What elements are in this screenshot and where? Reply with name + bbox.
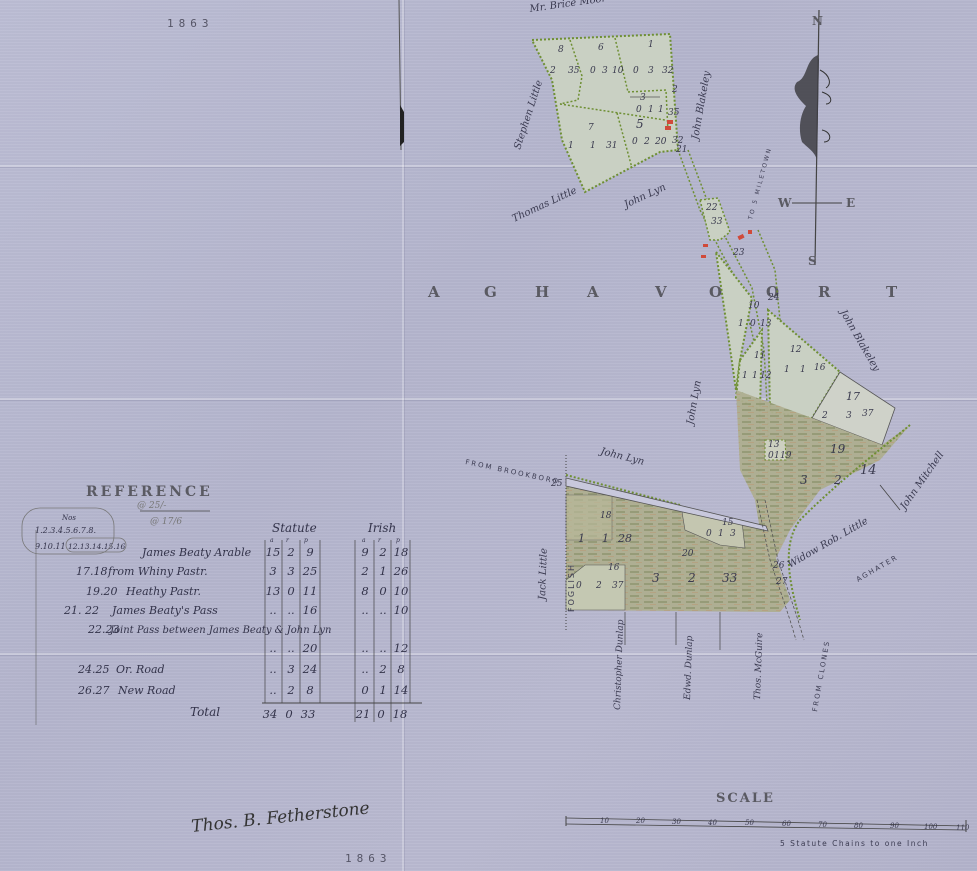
svg-text:G: G [484,283,497,301]
year-top: 1863 [167,17,214,30]
svg-text:@ 25/-: @ 25/- [137,501,166,511]
svg-text:13: 13 [760,319,772,329]
svg-text:14: 14 [860,463,877,478]
svg-text:14: 14 [394,683,409,697]
svg-text:22: 22 [705,203,718,213]
compass-rose: N S E W [777,10,855,268]
svg-text:27: 27 [775,577,788,587]
svg-text:0: 0 [377,707,384,721]
svg-text:3: 3 [287,564,294,578]
svg-text:2: 2 [378,662,386,676]
svg-text:..: .. [361,662,368,676]
svg-text:Nos: Nos [61,514,76,522]
svg-text:37: 37 [862,409,874,419]
svg-text:1: 1 [784,365,790,375]
svg-text:3: 3 [648,66,654,76]
svg-text:1: 1 [774,451,780,461]
svg-text:18: 18 [393,707,408,721]
svg-text:2: 2 [687,571,696,585]
svg-text:a: a [270,537,274,544]
svg-text:p: p [396,537,400,544]
svg-text:5 Statute Chains to one Inch: 5 Statute Chains to one Inch [780,839,929,848]
svg-text:3: 3 [602,66,608,76]
svg-text:3: 3 [269,564,276,578]
svg-text:SCALE: SCALE [716,791,775,806]
svg-text:3: 3 [640,93,646,103]
svg-text:24: 24 [767,293,780,303]
north-arrow-fleur [795,55,819,160]
svg-text:13: 13 [768,440,780,450]
table-row: 17.18 from Whiny Pastr. 3 3 25 2 1 26 [76,564,408,578]
svg-text:33: 33 [711,217,723,227]
svg-text:John Blakeley: John Blakeley [690,70,713,143]
svg-text:35: 35 [668,108,680,118]
svg-text:John Lyn: John Lyn [685,380,704,428]
svg-text:10: 10 [748,301,760,311]
svg-text:..: .. [361,603,368,617]
surveyor-signature: Thos. B. Fetherstone [190,798,370,837]
svg-text:40: 40 [707,819,717,827]
table-total-row: Total 34 0 33 21 0 18 [190,705,407,721]
svg-text:1.2.3.4.5.6.7.8.: 1.2.3.4.5.6.7.8. [35,526,96,535]
svg-text:John Mitchell: John Mitchell [897,450,946,514]
svg-text:3: 3 [800,473,808,487]
svg-text:24.25: 24.25 [77,663,110,676]
svg-text:8: 8 [306,683,313,697]
svg-text:10: 10 [394,603,409,617]
table-row: 26.27 New Road .. 2 8 0 1 14 [77,683,408,697]
svg-text:110: 110 [956,824,970,832]
reference-table: REFERENCE @ 25/- @ 17/6 Nos 1.2.3.4.5.6.… [22,484,422,725]
svg-text:20: 20 [654,137,667,147]
svg-text:12: 12 [790,345,802,355]
svg-text:Mr. Brice Moor: Mr. Brice Moor [528,0,608,15]
svg-text:0: 0 [287,584,294,598]
svg-text:1: 1 [752,371,758,381]
compass-west: W [777,196,792,210]
compass-south: S [808,254,817,268]
estate-map-sheet: 1863 1863 A G H A V O O R T N S E W [0,0,977,871]
svg-text:80: 80 [854,822,863,830]
svg-text:1: 1 [742,371,748,381]
svg-text:10: 10 [394,584,409,598]
svg-text:1: 1 [578,532,585,545]
svg-text:1: 1 [602,532,609,545]
svg-text:0: 0 [706,529,712,539]
svg-text:p: p [304,537,308,544]
svg-text:..: .. [379,641,386,655]
svg-text:New Road: New Road [117,684,176,697]
svg-text:Joint Pass between James Beaty: Joint Pass between James Beaty & John Ly… [108,625,331,636]
townland-title: A G H A V O O R T [427,283,898,301]
svg-text:3: 3 [846,411,852,421]
svg-text:..: .. [269,683,276,697]
svg-text:R: R [818,283,831,301]
svg-text:37: 37 [612,581,624,591]
svg-text:0: 0 [576,581,582,591]
svg-text:1: 1 [800,365,806,375]
svg-text:3: 3 [287,662,294,676]
svg-text:19: 19 [780,451,792,461]
svg-text:9.10.11: 9.10.11 [35,542,66,551]
svg-text:60: 60 [782,820,791,828]
svg-text:Statute: Statute [272,521,317,535]
svg-text:James Beaty Arable: James Beaty Arable [140,546,252,559]
svg-text:Or. Road: Or. Road [116,663,165,676]
svg-text:..: .. [379,603,386,617]
svg-text:35: 35 [568,66,580,76]
svg-text:Edwd. Dunlap: Edwd. Dunlap [683,635,695,701]
svg-text:16: 16 [608,563,620,573]
svg-text:T: T [886,283,898,301]
svg-text:1: 1 [379,683,386,697]
svg-text:a: a [362,537,366,544]
svg-text:8: 8 [361,584,368,598]
svg-text:Thos. McGuire: Thos. McGuire [753,632,765,700]
svg-text:26: 26 [772,561,785,571]
svg-text:2: 2 [549,66,556,76]
svg-text:9: 9 [306,545,313,559]
svg-text:Widow Rob. Little: Widow Rob. Little [786,516,870,571]
svg-text:John Blakeley: John Blakeley [836,306,881,374]
svg-text:Jack Little: Jack Little [537,548,550,602]
svg-text:13: 13 [266,584,281,598]
svg-text:28: 28 [617,532,632,545]
svg-text:20: 20 [635,817,645,825]
ink-blot [400,105,404,146]
svg-text:0: 0 [361,683,368,697]
svg-text:1: 1 [718,529,724,539]
svg-text:5: 5 [636,117,644,131]
svg-text:FROM BROOKBORO: FROM BROOKBORO [465,458,561,486]
svg-text:1: 1 [379,564,386,578]
svg-text:8: 8 [397,662,404,676]
svg-text:12: 12 [760,371,772,381]
svg-text:6: 6 [598,43,604,53]
svg-text:John Lyn: John Lyn [621,182,668,212]
svg-text:12: 12 [394,641,409,655]
svg-text:21: 21 [355,707,371,721]
svg-text:r: r [286,537,290,544]
table-row: 24.25 Or. Road .. 3 24 .. 2 8 [77,662,405,676]
svg-text:..: .. [269,641,276,655]
svg-text:0: 0 [285,707,292,721]
table-row: 21. 22 James Beaty's Pass .. .. 16 .. ..… [63,603,408,617]
svg-text:32: 32 [662,66,674,76]
svg-text:2: 2 [595,581,602,591]
svg-text:19: 19 [830,442,846,456]
svg-text:James Beaty's Pass: James Beaty's Pass [110,604,218,617]
svg-text:2: 2 [671,85,678,95]
svg-text:15: 15 [266,545,281,559]
svg-text:..: .. [269,662,276,676]
svg-text:3: 3 [730,529,736,539]
svg-text:2: 2 [360,564,368,578]
compass-north: N [812,14,823,28]
svg-text:23: 23 [732,248,745,258]
svg-text:2: 2 [286,545,294,559]
svg-text:100: 100 [924,823,938,831]
svg-text:0: 0 [636,105,642,115]
table-row: 22.23 Joint Pass between James Beaty & J… [87,623,408,655]
svg-text:20: 20 [302,641,318,655]
svg-text:Thomas Little: Thomas Little [511,185,579,225]
svg-text:A: A [427,283,440,301]
svg-text:2: 2 [643,137,650,147]
svg-text:31: 31 [606,141,617,151]
svg-text:19.20: 19.20 [86,585,118,598]
svg-text:1: 1 [590,141,596,151]
svg-text:30: 30 [672,818,681,826]
svg-text:A: A [586,283,599,301]
svg-text:16: 16 [814,363,826,373]
svg-text:21: 21 [675,145,687,155]
svg-text:Irish: Irish [367,521,396,535]
svg-text:AGHATER: AGHATER [855,553,900,584]
map-drawing: 1863 1863 A G H A V O O R T N S E W [0,0,977,871]
northern-fields [532,34,678,192]
svg-text:70: 70 [818,821,827,829]
svg-text:from Whiny Pastr.: from Whiny Pastr. [107,565,208,578]
svg-text:12.13.14.15.16: 12.13.14.15.16 [68,542,125,551]
svg-text:10: 10 [600,817,609,825]
svg-text:2: 2 [833,473,842,487]
svg-text:25: 25 [302,564,318,578]
svg-text:11: 11 [754,351,765,361]
compass-east: E [846,196,855,210]
svg-text:2: 2 [821,411,828,421]
svg-text:11: 11 [303,584,318,598]
svg-text:2: 2 [378,545,386,559]
svg-text:..: .. [269,603,276,617]
svg-text:1: 1 [738,319,744,329]
svg-text:@ 17/6: @ 17/6 [150,517,182,527]
svg-text:Christopher Dunlap: Christopher Dunlap [613,619,626,710]
svg-text:Total: Total [190,705,220,719]
reference-title: REFERENCE [86,484,213,500]
svg-text:..: .. [361,641,368,655]
svg-text:1: 1 [648,40,654,50]
svg-text:0: 0 [590,66,596,76]
svg-text:24: 24 [302,662,318,676]
scale-bar: SCALE 10 20 30 40 50 60 70 80 90 100 110… [566,791,970,848]
svg-text:r: r [378,537,382,544]
svg-text:50: 50 [745,819,754,827]
svg-text:7: 7 [588,123,594,133]
svg-text:0: 0 [750,319,756,329]
svg-text:26.27: 26.27 [77,684,110,697]
svg-text:90: 90 [890,822,899,830]
svg-text:FROM CLONES: FROM CLONES [811,639,832,712]
svg-text:10: 10 [612,66,624,76]
svg-text:0: 0 [379,584,386,598]
svg-text:V: V [654,283,667,301]
svg-text:2: 2 [286,683,294,697]
svg-text:26: 26 [393,564,409,578]
svg-text:John Lyn: John Lyn [597,446,645,468]
svg-text:1: 1 [568,141,574,151]
svg-text:21. 22: 21. 22 [63,604,99,617]
svg-text:18: 18 [394,545,409,559]
svg-text:..: .. [287,641,294,655]
svg-text:17.18: 17.18 [76,565,108,578]
table-row: 19.20 Heathy Pastr. 13 0 11 8 0 10 [86,584,408,598]
svg-text:15: 15 [722,518,734,528]
svg-text:20: 20 [681,549,694,559]
svg-text:34: 34 [263,707,278,721]
svg-text:8: 8 [558,45,564,55]
svg-text:FOGLISH: FOGLISH [567,563,576,612]
svg-text:17: 17 [846,390,860,403]
svg-text:3: 3 [652,571,660,585]
svg-text:Heathy Pastr.: Heathy Pastr. [125,585,201,598]
svg-text:9: 9 [361,545,368,559]
svg-text:33: 33 [301,707,316,721]
svg-text:33: 33 [722,571,738,585]
svg-text:18: 18 [600,511,612,521]
svg-text:..: .. [287,603,294,617]
year-bottom: 1863 [345,852,392,865]
svg-text:16: 16 [303,603,318,617]
svg-text:0: 0 [633,66,639,76]
svg-text:0: 0 [632,137,638,147]
svg-text:1: 1 [648,105,654,115]
svg-text:H: H [535,283,549,301]
svg-text:TO 5 MILETOWN: TO 5 MILETOWN [747,146,773,221]
svg-text:Stephen Little: Stephen Little [512,79,545,151]
table-row: James Beaty Arable 15 2 9 9 2 18 [140,545,408,559]
svg-text:1: 1 [658,105,664,115]
